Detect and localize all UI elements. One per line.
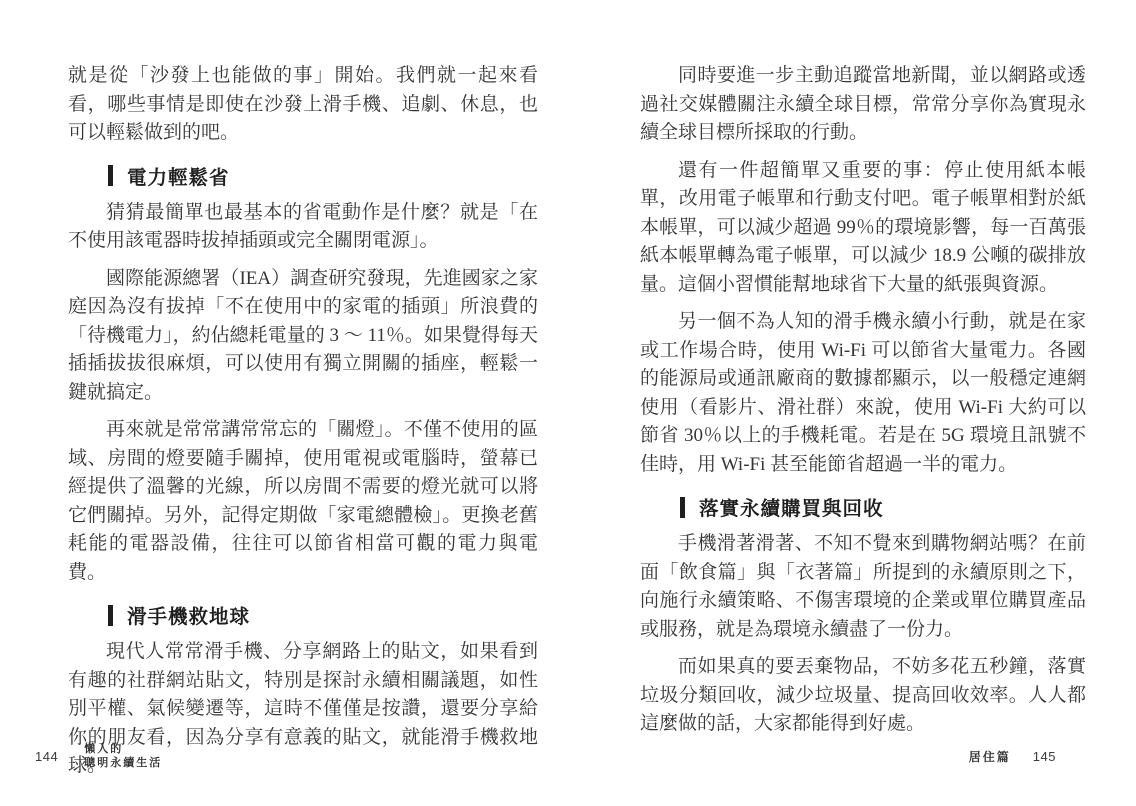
paragraph: 猜猜最簡單也最基本的省電動作是什麼？就是「在不使用該電器時拔掉插頭或完全關閉電源…	[68, 199, 538, 256]
page-number-left: 144	[35, 749, 58, 764]
footer-right: 居住篇 145	[969, 748, 1056, 765]
paragraph: 而如果真的要丟棄物品，不妨多花五秒鐘，落實垃圾分類回收，減少垃圾量、提高回收效率…	[640, 653, 1086, 739]
paragraph: 再來就是常常講常常忘的「關燈」。不僅不使用的區域、房間的燈要隨手關掉，使用電視或…	[68, 416, 538, 587]
book-title-line1: 懶人的	[84, 742, 162, 756]
section-marker-bar-icon	[108, 165, 113, 186]
paragraph: 同時要進一步主動追蹤當地新聞，並以網路或透過社交媒體關注永續全球目標，常常分享你…	[640, 62, 1086, 148]
section-heading-label: 滑手機救地球	[127, 601, 250, 629]
section-heading-label: 電力輕鬆省	[127, 162, 230, 190]
section-heading-power-saving: 電力輕鬆省	[108, 162, 538, 190]
section-heading-phone-saves-earth: 滑手機救地球	[108, 601, 538, 629]
paragraph: 另一個不為人知的滑手機永續小行動，就是在家或工作場合時，使用 Wi-Fi 可以節…	[640, 308, 1086, 479]
book-spread: 就是從「沙發上也能做的事」開始。我們就一起來看看，哪些事情是即使在沙發上滑手機、…	[0, 0, 1136, 806]
chapter-label: 居住篇	[969, 748, 1011, 765]
section-heading-label: 落實永續購買與回收	[699, 493, 884, 521]
paragraph: 就是從「沙發上也能做的事」開始。我們就一起來看看，哪些事情是即使在沙發上滑手機、…	[68, 62, 538, 148]
book-title-line2: 聰明永續生活	[84, 756, 162, 770]
page-left-text-column: 就是從「沙發上也能做的事」開始。我們就一起來看看，哪些事情是即使在沙發上滑手機、…	[68, 62, 538, 781]
section-marker-bar-icon	[108, 605, 113, 626]
section-heading-sustainable-buying-recycling: 落實永續購買與回收	[680, 493, 1086, 521]
page-right-text-column: 同時要進一步主動追蹤當地新聞，並以網路或透過社交媒體關注永續全球目標，常常分享你…	[640, 62, 1086, 739]
section-marker-bar-icon	[680, 497, 685, 518]
book-title: 懶人的 聰明永續生活	[84, 742, 162, 770]
paragraph: 國際能源總署（IEA）調查研究發現，先進國家之家庭因為沒有拔掉「不在使用中的家電…	[68, 265, 538, 408]
page-number-right: 145	[1033, 749, 1056, 764]
footer-left: 144 懶人的 聰明永續生活	[35, 742, 162, 770]
paragraph: 手機滑著滑著、不知不覺來到購物網站嗎？在前面「飲食篇」與「衣著篇」所提到的永續原…	[640, 530, 1086, 644]
paragraph: 還有一件超簡單又重要的事：停止使用紙本帳單，改用電子帳單和行動支付吧。電子帳單相…	[640, 157, 1086, 300]
